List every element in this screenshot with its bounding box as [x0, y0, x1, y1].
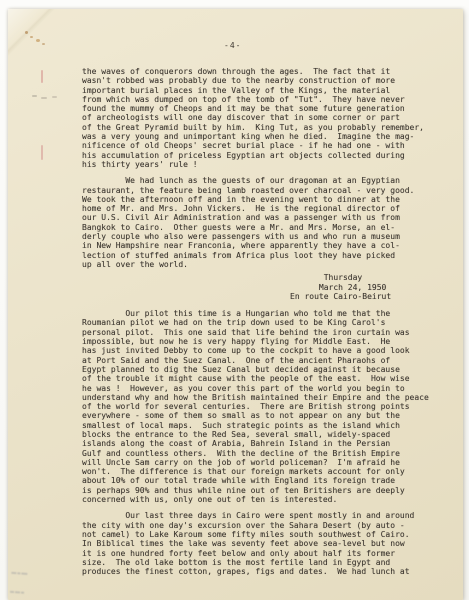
page-number: -4- [224, 41, 241, 50]
paragraph-pilot-british-empire: Our pilot this time is a Hungarian who t… [82, 309, 442, 504]
rust-stain-dot [42, 43, 45, 45]
rust-stain-dot [36, 39, 40, 42]
rust-stain-dot [25, 31, 28, 34]
scan-background: -4- the waves of conquerors down through… [0, 0, 469, 600]
paragraph-cheops-tomb: the waves of conquerors down through the… [82, 67, 442, 169]
faint-smudge [32, 95, 37, 97]
red-pencil-mark [41, 70, 43, 83]
rust-stain-dot [30, 36, 33, 38]
paragraph-lunch-vickers: We had lunch as the guests of our dragom… [82, 176, 442, 269]
ink-bleed-through [11, 571, 46, 587]
paragraph-cairo-lake-karoum: Our last three days in Cairo were spent … [82, 511, 442, 576]
letter-paper: -4- the waves of conquerors down through… [8, 9, 463, 600]
letter-body: the waves of conquerors down through the… [82, 67, 442, 576]
red-pencil-mark [41, 145, 43, 160]
faint-smudge [52, 96, 57, 98]
dateline-block: Thursday March 24, 1950 En route Cairo-B… [290, 273, 442, 301]
faint-smudge [41, 97, 47, 99]
